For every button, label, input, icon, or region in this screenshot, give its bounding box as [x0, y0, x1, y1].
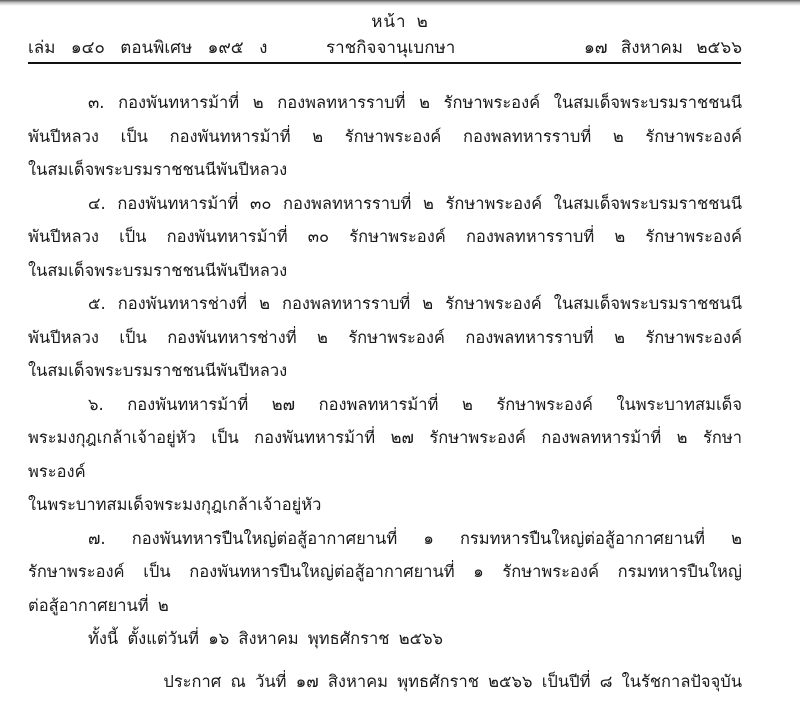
list-item-7: ๗. กองพันทหารปืนใหญ่ต่อสู้อากาศยานที่ ๑ …	[28, 522, 742, 623]
item-line: พันปีหลวง เป็น กองพันทหารม้าที่ ๓๐ รักษา…	[28, 220, 742, 254]
item-line: รักษาพระองค์ เป็น กองพันทหารปืนใหญ่ต่อสู…	[28, 555, 742, 589]
item-line: ๓. กองพันทหารม้าที่ ๒ กองพลทหารราบที่ ๒ …	[28, 86, 742, 120]
volume-info: เล่ม ๑๔๐ ตอนพิเศษ ๑๙๕ ง	[28, 34, 267, 61]
page-number-value: ๒	[417, 12, 429, 32]
list-item-6: ๖. กองพันทหารม้าที่ ๒๗ กองพลทหารม้าที่ ๒…	[28, 388, 742, 522]
publication-title: ราชกิจจานุเบกษา	[326, 34, 455, 61]
effective-date: ทั้งนี้ ตั้งแต่วันที่ ๑๖ สิงหาคม พุทธศัก…	[28, 622, 742, 656]
page-number: หน้า๒	[0, 8, 800, 35]
item-line: พันปีหลวง เป็น กองพันทหารช่างที่ ๒ รักษา…	[28, 321, 742, 355]
page-label: หน้า	[371, 12, 406, 32]
item-line: ๗. กองพันทหารปืนใหญ่ต่อสู้อากาศยานที่ ๑ …	[28, 522, 742, 556]
document-body: ๓. กองพันทหารม้าที่ ๒ กองพลทหารราบที่ ๒ …	[28, 86, 742, 656]
list-item-3: ๓. กองพันทหารม้าที่ ๒ กองพลทหารราบที่ ๒ …	[28, 86, 742, 187]
item-line: พระมงกุฎเกล้าเจ้าอยู่หัว เป็น กองพันทหาร…	[28, 421, 742, 488]
gazette-header: เล่ม ๑๔๐ ตอนพิเศษ ๑๙๕ ง ราชกิจจานุเบกษา …	[28, 34, 742, 58]
header-divider	[28, 62, 741, 64]
proclamation-line: ประกาศ ณ วันที่ ๑๗ สิงหาคม พุทธศักราช ๒๕…	[163, 669, 742, 695]
item-line: ต่อสู้อากาศยานที่ ๒	[28, 589, 742, 623]
item-line: ในพระบาทสมเด็จพระมงกุฎเกล้าเจ้าอยู่หัว	[28, 488, 742, 522]
item-line: ๕. กองพันทหารช่างที่ ๒ กองพลทหารราบที่ ๒…	[28, 287, 742, 321]
item-line: ๖. กองพันทหารม้าที่ ๒๗ กองพลทหารม้าที่ ๒…	[28, 388, 742, 422]
publication-date: ๑๗ สิงหาคม ๒๕๖๖	[584, 34, 742, 61]
item-line: ในสมเด็จพระบรมราชชนนีพันปีหลวง	[28, 254, 742, 288]
item-line: ในสมเด็จพระบรมราชชนนีพันปีหลวง	[28, 354, 742, 388]
list-item-5: ๕. กองพันทหารช่างที่ ๒ กองพลทหารราบที่ ๒…	[28, 287, 742, 388]
list-item-4: ๔. กองพันทหารม้าที่ ๓๐ กองพลทหารราบที่ ๒…	[28, 187, 742, 288]
item-line: พันปีหลวง เป็น กองพันทหารม้าที่ ๒ รักษาพ…	[28, 120, 742, 154]
item-line: ในสมเด็จพระบรมราชชนนีพันปีหลวง	[28, 153, 742, 187]
page-top-edge	[0, 0, 800, 6]
item-line: ๔. กองพันทหารม้าที่ ๓๐ กองพลทหารราบที่ ๒…	[28, 187, 742, 221]
